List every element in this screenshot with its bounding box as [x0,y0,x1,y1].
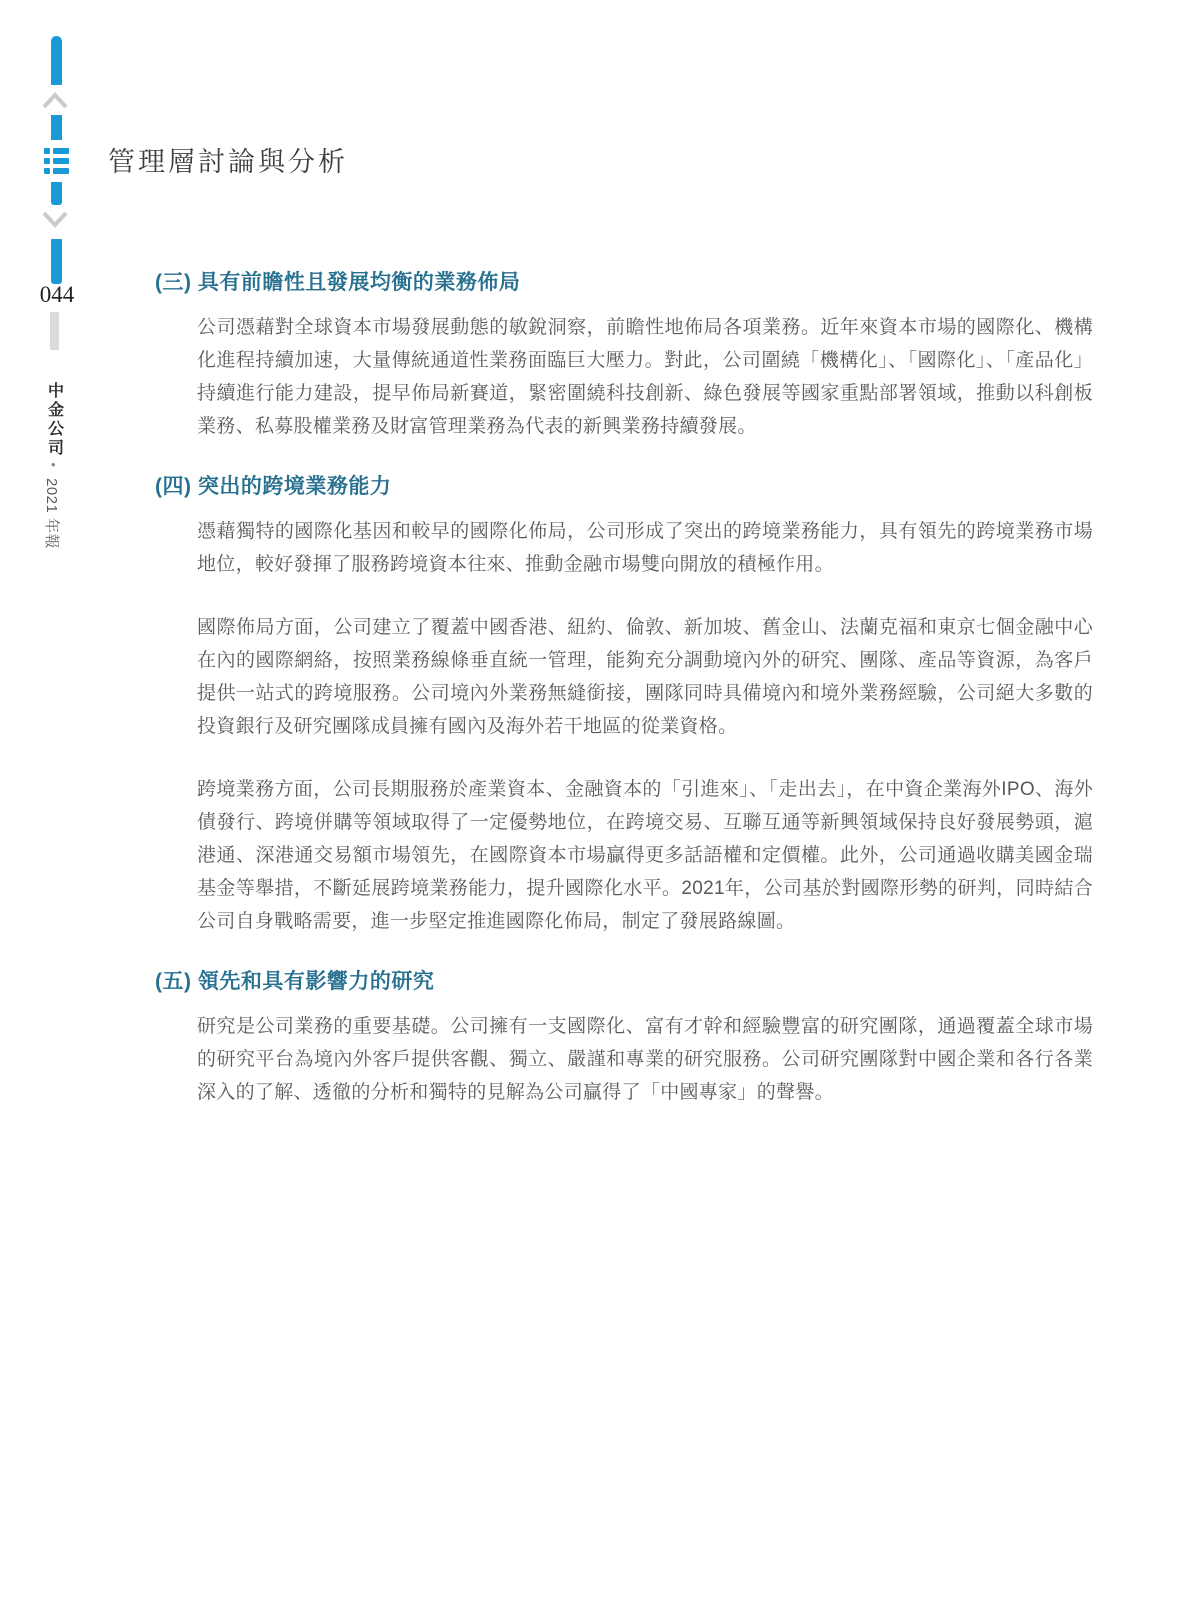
page-title: 管理層討論與分析 [108,140,348,179]
section-heading: (五) 領先和具有影響力的研究 [155,968,1093,996]
list-icon-row [44,158,69,164]
list-icon [44,148,69,178]
section-heading: (四) 突出的跨境業務能力 [155,473,1093,501]
spine-separator-dot: • [51,457,56,472]
paragraph: 憑藉獨特的國際化基因和較早的國際化佈局，公司形成了突出的跨境業務能力，具有領先的… [197,515,1093,581]
accent-bar-top [51,36,62,85]
section-forward-looking: (三) 具有前瞻性且發展均衡的業務佈局 公司憑藉對全球資本市場發展動態的敏銳洞察… [155,269,1093,443]
paragraph: 研究是公司業務的重要基礎。公司擁有一支國際化、富有才幹和經驗豐富的研究團隊，通過… [197,1010,1093,1109]
section-cross-border: (四) 突出的跨境業務能力 憑藉獨特的國際化基因和較早的國際化佈局，公司形成了突… [155,473,1093,938]
page-number-tick [50,312,59,350]
spine-year: 2021 年報 [45,478,63,558]
chevron-down-icon [42,211,68,228]
section-research: (五) 領先和具有影響力的研究 研究是公司業務的重要基礎。公司擁有一支國際化、富… [155,968,1093,1109]
report-page: 044 中金公司 • 2021 年報 管理層討論與分析 (三) 具有前瞻性且發展… [0,0,1190,1615]
chevron-up-icon [42,92,68,109]
list-icon-row [44,168,69,174]
accent-bar-bottom [51,239,62,284]
page-number: 044 [33,282,81,308]
spine-company-name: 中金公司 [46,382,66,458]
section-heading: (三) 具有前瞻性且發展均衡的業務佈局 [155,269,1093,297]
paragraph: 跨境業務方面，公司長期服務於產業資本、金融資本的「引進來」、「走出去」，在中資企… [197,773,1093,938]
paragraph: 公司憑藉對全球資本市場發展動態的敏銳洞察，前瞻性地佈局各項業務。近年來資本市場的… [197,311,1093,443]
accent-square-top [51,115,62,140]
list-icon-row [44,148,69,154]
paragraph: 國際佈局方面，公司建立了覆蓋中國香港、紐約、倫敦、新加坡、舊金山、法蘭克福和東京… [197,611,1093,743]
content: (三) 具有前瞻性且發展均衡的業務佈局 公司憑藉對全球資本市場發展動態的敏銳洞察… [155,269,1093,1139]
spine-year-text: 2021 年報 [42,478,63,549]
accent-square-bottom [51,182,62,205]
